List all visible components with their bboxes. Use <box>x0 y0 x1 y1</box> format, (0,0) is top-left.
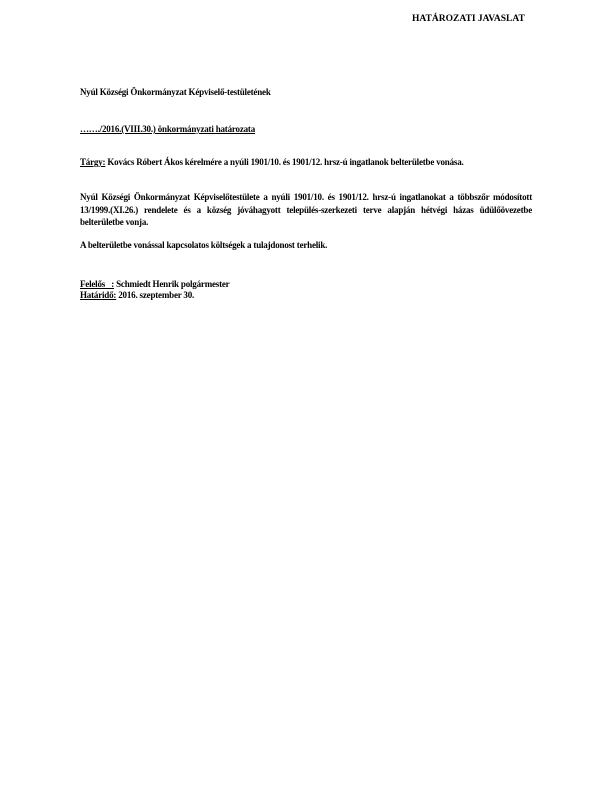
deadline-line: Határidő: 2016. szeptember 30. <box>80 290 194 301</box>
subject-text: Kovács Róbert Ákos kérelmére a nyúli 190… <box>105 157 463 167</box>
responsible-label: Felelős : <box>80 279 114 289</box>
subject-label: Tárgy: <box>80 157 105 167</box>
costs-statement: A belterületbe vonással kapcsolatos költ… <box>80 240 327 251</box>
subject-line: Tárgy: Kovács Róbert Ákos kérelmére a ny… <box>80 157 464 168</box>
addressee: Nyúl Községi Önkormányzat Képviselő-test… <box>80 87 271 98</box>
document-page: HATÁROZATI JAVASLAT Nyúl Községi Önkormá… <box>0 0 612 792</box>
responsible-value: Schmiedt Henrik polgármester <box>114 279 229 289</box>
document-header: HATÁROZATI JAVASLAT <box>412 14 525 25</box>
deadline-label: Határidő: <box>80 290 116 300</box>
deadline-value: 2016. szeptember 30. <box>116 290 194 300</box>
resolution-number: ……./2016.(VIII.30.) önkormányzati határo… <box>80 124 255 135</box>
responsible-line: Felelős : Schmiedt Henrik polgármester <box>80 279 229 290</box>
body-paragraph: Nyúl Községi Önkormányzat Képviselőtestü… <box>80 191 532 229</box>
